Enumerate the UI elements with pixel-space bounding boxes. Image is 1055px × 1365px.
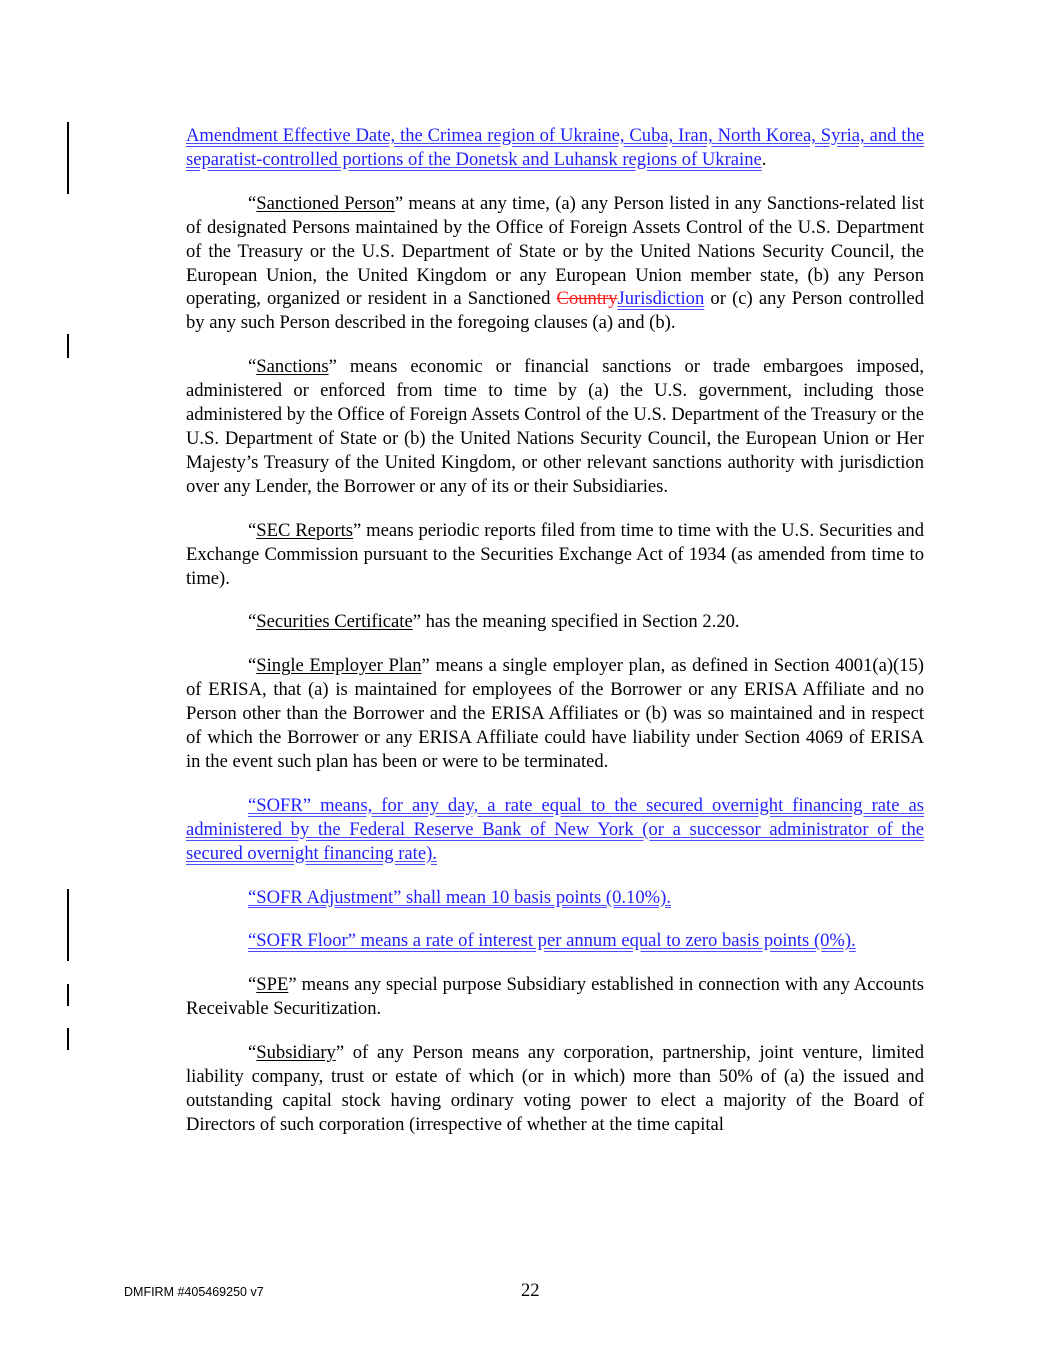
- definition-text: ” means any special purpose Subsidiary e…: [186, 974, 924, 1019]
- inserted-text: “SOFR Floor” means a rate of interest pe…: [248, 930, 856, 951]
- definition-sec-reports: “SEC Reports” means periodic reports fil…: [186, 519, 924, 591]
- change-bar: [67, 984, 69, 1006]
- page-number: 22: [521, 1280, 540, 1302]
- deleted-text: Country: [557, 288, 618, 309]
- change-bar: [67, 1028, 69, 1050]
- definition-sofr: “SOFR” means, for any day, a rate equal …: [186, 794, 924, 866]
- defined-term: Subsidiary: [256, 1042, 336, 1063]
- definition-spe: “SPE” means any special purpose Subsidia…: [186, 973, 924, 1021]
- document-body: Amendment Effective Date, the Crimea reg…: [186, 124, 924, 1157]
- paragraph-crimea-continuation: Amendment Effective Date, the Crimea reg…: [186, 124, 924, 172]
- inserted-text: Amendment Effective Date, the Crimea reg…: [186, 125, 924, 170]
- defined-term: Single Employer Plan: [256, 655, 421, 676]
- change-bar: [67, 122, 69, 194]
- defined-term: Sanctioned Person: [256, 193, 395, 214]
- inserted-text: Jurisdiction: [618, 288, 705, 309]
- definition-securities-certificate: “Securities Certificate” has the meaning…: [186, 610, 924, 634]
- defined-term: SPE: [256, 974, 288, 995]
- document-page: Amendment Effective Date, the Crimea reg…: [0, 0, 1055, 1365]
- definition-sanctions: “Sanctions” means economic or financial …: [186, 355, 924, 498]
- definition-text: ” means economic or financial sanctions …: [186, 356, 924, 497]
- defined-term: Securities Certificate: [256, 611, 412, 632]
- defined-term: Sanctions: [256, 356, 328, 377]
- document-id: DMFIRM #405469250 v7: [124, 1285, 264, 1299]
- definition-text: ” has the meaning specified in Section 2…: [413, 611, 740, 632]
- change-bar: [67, 334, 69, 358]
- definition-sofr-adjustment: “SOFR Adjustment” shall mean 10 basis po…: [186, 886, 924, 910]
- definition-sofr-floor: “SOFR Floor” means a rate of interest pe…: [186, 929, 924, 953]
- inserted-text: “SOFR” means, for any day, a rate equal …: [186, 795, 924, 864]
- definition-subsidiary: “Subsidiary” of any Person means any cor…: [186, 1041, 924, 1137]
- text: .: [762, 149, 767, 170]
- change-bar: [67, 889, 69, 961]
- definition-sanctioned-person: “Sanctioned Person” means at any time, (…: [186, 192, 924, 335]
- defined-term: SEC Reports: [256, 520, 353, 541]
- inserted-text: “SOFR Adjustment” shall mean 10 basis po…: [248, 887, 671, 908]
- definition-single-employer-plan: “Single Employer Plan” means a single em…: [186, 654, 924, 774]
